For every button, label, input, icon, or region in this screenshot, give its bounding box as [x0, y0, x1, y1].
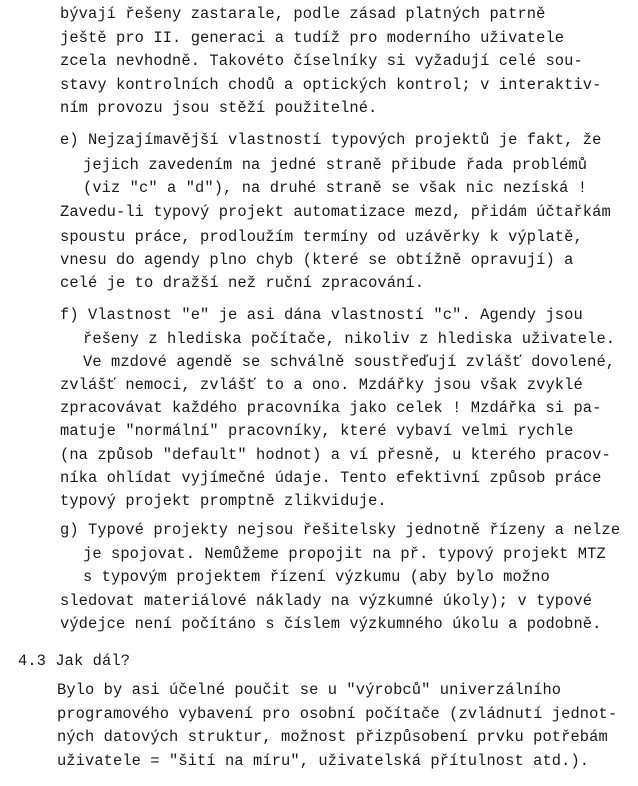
text-line: e) Nejzajímavější vlastností typových pr…: [60, 131, 601, 149]
text-line: ním provozu jsou stěží použitelné.: [60, 99, 377, 117]
text-line: spoustu práce, prodloužím termíny od uzá…: [60, 228, 583, 246]
text-line: zcela nevhodně. Takovéto číselníky si vy…: [60, 52, 583, 70]
text-line: uživatele = "šití na míru", uživatelská …: [57, 752, 589, 770]
text-line: ných datových struktur, možnost přizpůso…: [57, 728, 608, 746]
text-line: výdejce není počítáno s číslem výzkumnéh…: [60, 615, 601, 633]
text-line: stavy kontrolních chodů a optických kont…: [60, 76, 601, 94]
text-line: (viz "c" a "d"), na druhé straně se však…: [83, 179, 587, 197]
text-line: Ve mzdové agendě se schválně soustřeďují…: [83, 353, 615, 371]
text-line: zpracovávat každého pracovníka jako cele…: [60, 399, 601, 417]
text-line: g) Typové projekty nejsou řešitelsky jed…: [60, 521, 620, 539]
text-line: sledovat materiálové náklady na výzkumné…: [60, 592, 592, 610]
text-line: Bylo by asi účelné poučit se u "výrobců"…: [57, 681, 561, 699]
text-line: je spojovat. Nemůžeme propojit na př. ty…: [83, 545, 606, 563]
text-line: (na způsob "default" hodnot) a ví přesně…: [60, 446, 611, 464]
text-line: vnesu do agendy plno chyb (které se obtí…: [60, 251, 573, 269]
text-line: bývají řešeny zastarale, podle zásad pla…: [60, 5, 545, 23]
text-line: matuje "normální" pracovníky, které vyba…: [60, 422, 573, 440]
text-line: f) Vlastnost "e" je asi dána vlastností …: [60, 306, 583, 324]
text-line: níka ohlídat vyjímečné údaje. Tento efek…: [60, 469, 601, 487]
text-line: řešeny z hlediska počítače, nikoliv z hl…: [83, 330, 615, 348]
text-line: typový projekt promptně zlikviduje.: [60, 492, 387, 510]
text-line: Zavedu-li typový projekt automatizace me…: [60, 203, 611, 221]
text-line: jejich zavedením na jedné straně přibude…: [83, 156, 587, 174]
text-line: celé je to dražší než ruční zpracování.: [60, 274, 424, 292]
text-line: ještě pro II. generaci a tudíž pro moder…: [60, 29, 564, 47]
section-heading: 4.3 Jak dál?: [18, 652, 130, 670]
text-line: zvlášť nemoci, zvlášť to a ono. Mzdářky …: [60, 376, 583, 394]
text-line: programového vybavení pro osobní počítač…: [57, 705, 617, 723]
typewritten-page: bývají řešeny zastarale, podle zásad pla…: [0, 0, 638, 786]
text-line: s typovým projektem řízení výzkumu (aby …: [83, 568, 550, 586]
